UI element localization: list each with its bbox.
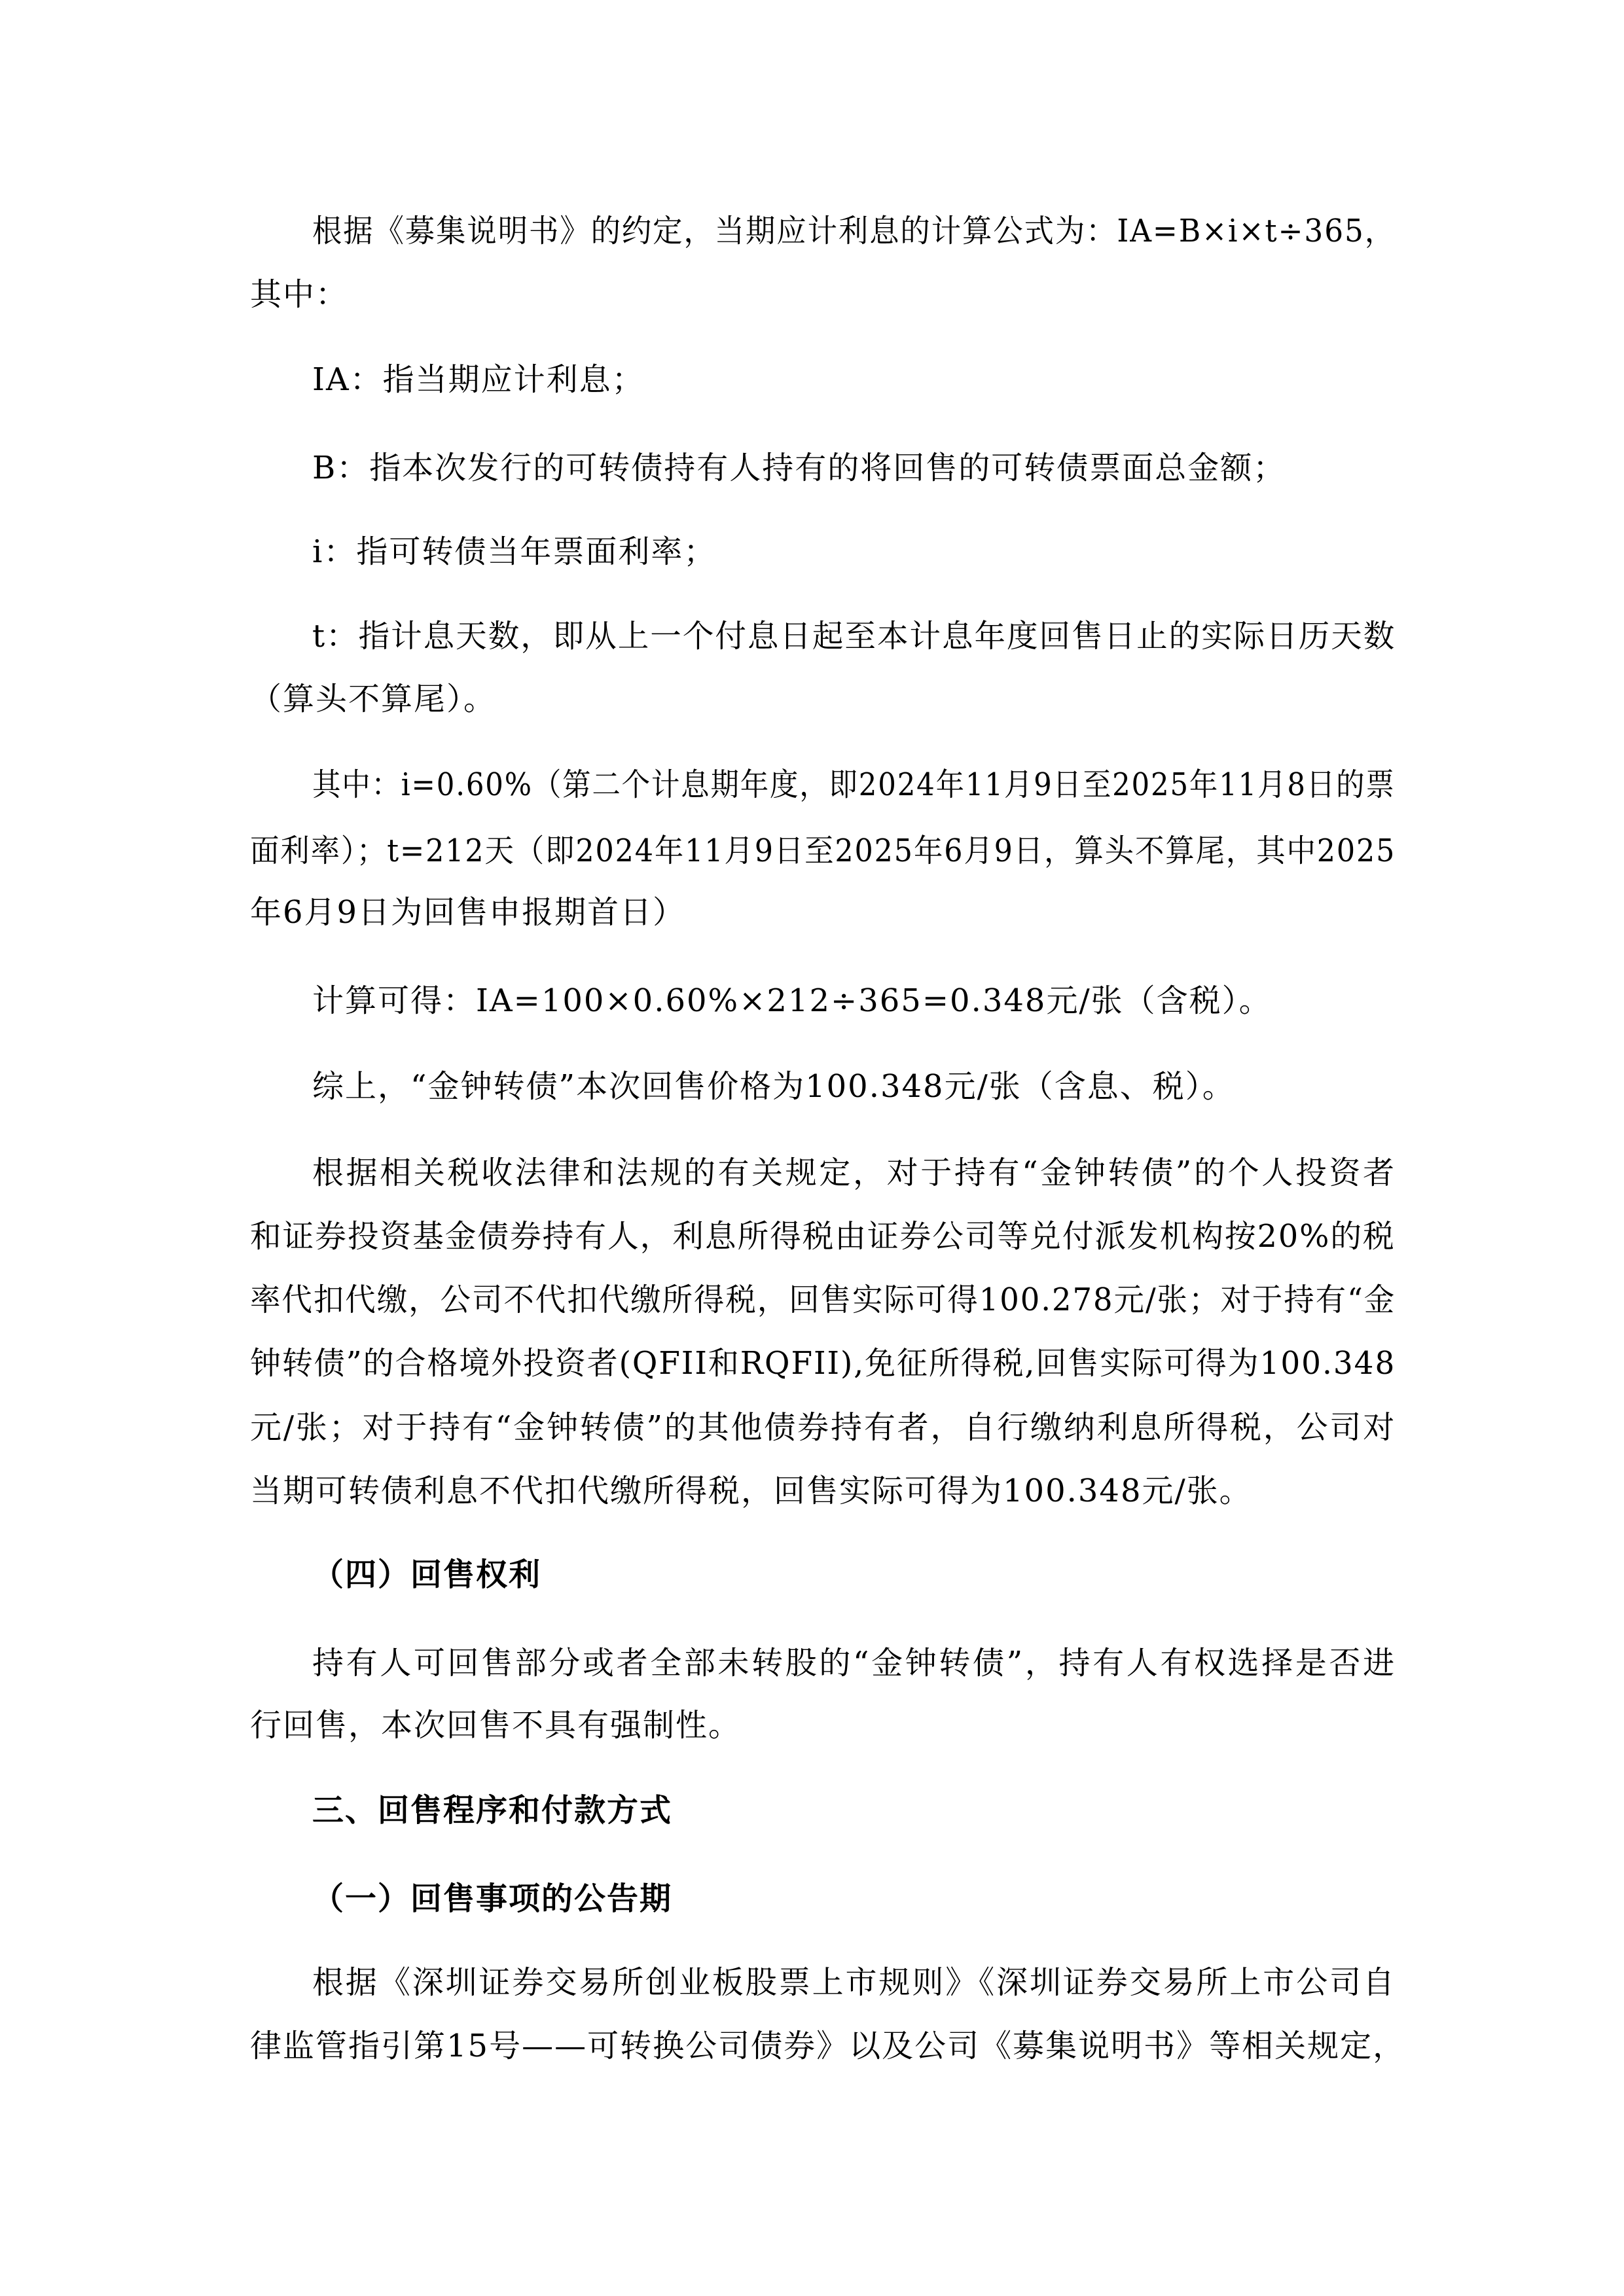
paragraph-line: 持有人可回售部分或者全部未转股的“金钟转债”，持有人有权选择是否进 [312, 1643, 1397, 1683]
section-heading: （四）回售权利 [312, 1555, 541, 1594]
paragraph-line: IA：指当期应计利息； [312, 360, 645, 399]
section-heading: 三、回售程序和付款方式 [312, 1791, 672, 1830]
paragraph-line: t：指计息天数，即从上一个付息日起至本计息年度回售日止的实际日历天数 [312, 617, 1396, 656]
paragraph-line: 面利率）；t=212天（即2024年11月9日至2025年6月9日，算头不算尾，… [250, 831, 1396, 870]
paragraph-line: i：指可转债当年票面利率； [312, 532, 716, 571]
paragraph-line: 年6月9日为回售申报期首日） [250, 893, 685, 932]
paragraph-line: 根据《募集说明书》的约定，当期应计利息的计算公式为：IA=B×i×t÷365， [312, 211, 1396, 251]
paragraph-line: 当期可转债利息不代扣代缴所得税，回售实际可得为100.348元/张。 [250, 1471, 1252, 1511]
paragraph-line: 行回售，本次回售不具有强制性。 [250, 1706, 741, 1745]
paragraph-line: （算头不算尾）。 [250, 679, 496, 719]
paragraph-line: 其中： [250, 275, 348, 314]
paragraph-line: 钟转债”的合格境外投资者(QFII和RQFII),免征所得税,回售实际可得为10… [250, 1344, 1396, 1383]
paragraph-line: 和证券投资基金债券持有人，利息所得税由证券公司等兑付派发机构按20%的税 [250, 1217, 1396, 1256]
paragraph-line: B：指本次发行的可转债持有人持有的将回售的可转债票面总金额； [312, 448, 1286, 488]
paragraph-line: 律监管指引第15号——可转换公司债券》以及公司《募集说明书》等相关规定， [250, 2026, 1405, 2066]
paragraph-line: 根据《深圳证券交易所创业板股票上市规则》《深圳证券交易所上市公司自 [312, 1963, 1396, 2002]
section-heading: （一）回售事项的公告期 [312, 1879, 672, 1918]
paragraph-line: 率代扣代缴，公司不代扣代缴所得税，回售实际可得100.278元/张；对于持有“金 [250, 1280, 1396, 1319]
paragraph-line: 计算可得：IA=100×0.60%×212÷365=0.348元/张（含税）。 [312, 981, 1272, 1020]
paragraph-line: 根据相关税收法律和法规的有关规定，对于持有“金钟转债”的个人投资者 [312, 1153, 1397, 1193]
paragraph-line: 元/张；对于持有“金钟转债”的其他债券持有者，自行缴纳利息所得税，公司对 [250, 1408, 1396, 1447]
paragraph-line: 综上，“金钟转债”本次回售价格为100.348元/张（含息、税）。 [312, 1067, 1235, 1106]
paragraph-line: 其中：i=0.60%（第二个计息期年度，即2024年11月9日至2025年11月… [312, 765, 1396, 804]
